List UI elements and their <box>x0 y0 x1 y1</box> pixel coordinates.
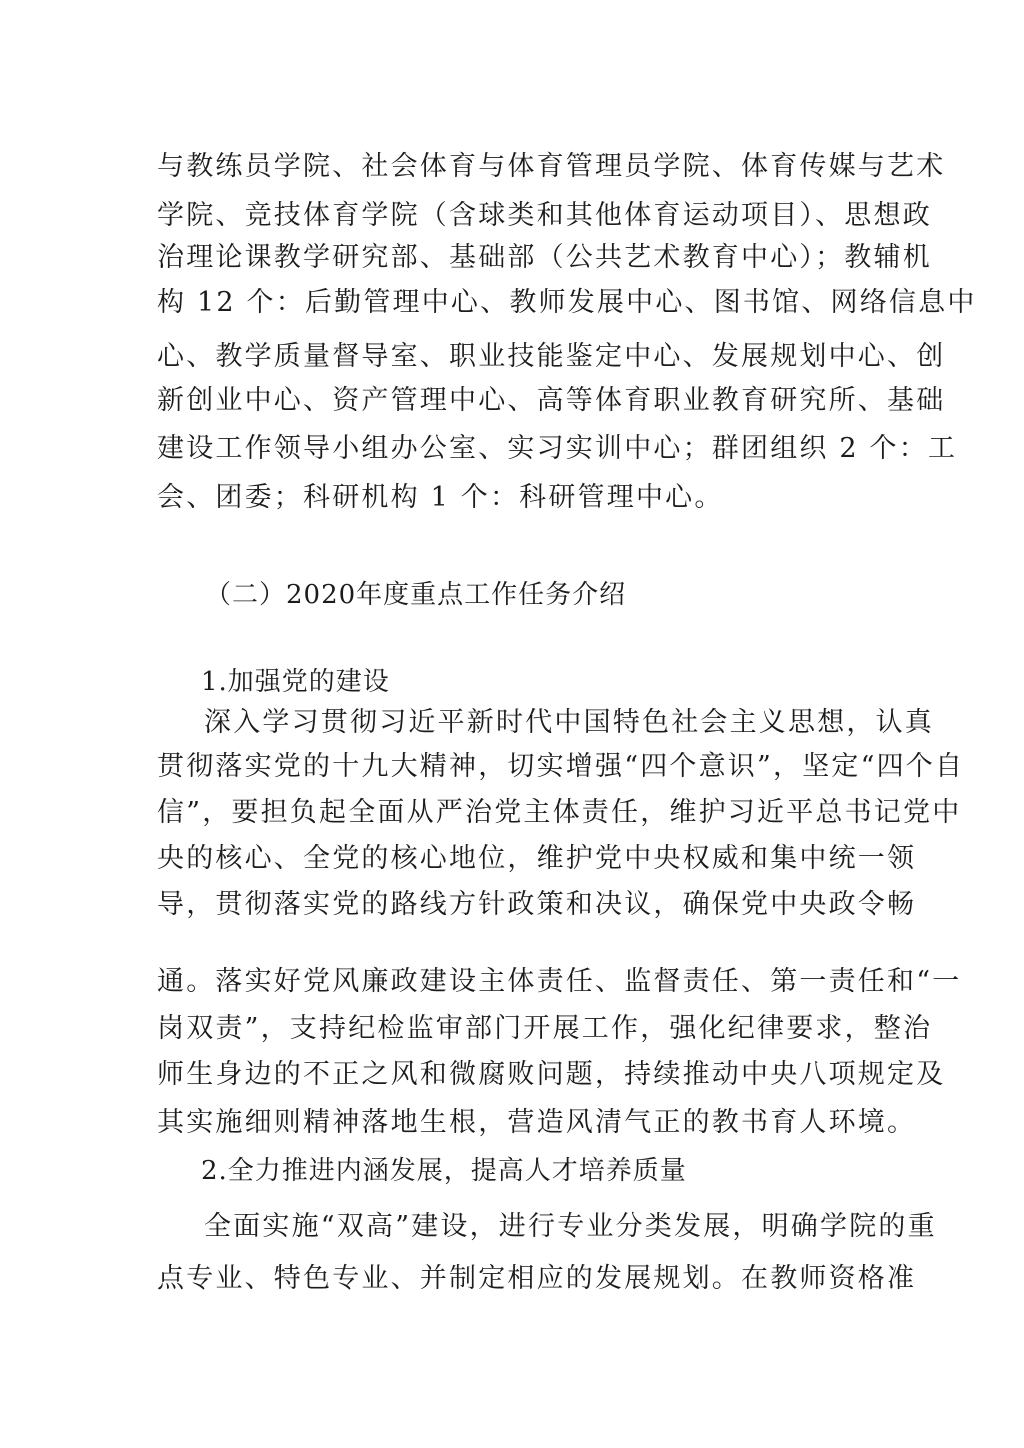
body-line: 学院、竞技体育学院（含球类和其他体育运动项目）、思想政 <box>157 199 877 233</box>
body-line: 导，贯彻落实党的路线方针政策和决议，确保党中央政令畅 <box>157 888 916 922</box>
body-line: 新创业中心、资产管理中心、高等体育职业教育研究所、基础 <box>157 384 877 418</box>
body-line: 央的核心、全党的核心地位，维护党中央权威和集中统一领 <box>157 842 916 876</box>
body-line: 会、团委；科研机构 1 个：科研管理中心。 <box>157 481 724 515</box>
body-line: 师生身边的不正之风和微腐败问题，持续推动中央八项规定及 <box>157 1058 877 1092</box>
body-line: 全面实施“双高”建设，进行专业分类发展，明确学院的重 <box>204 1210 877 1244</box>
body-line: 心、教学质量督导室、职业技能鉴定中心、发展规划中心、创 <box>157 340 877 374</box>
document-page: 与教练员学院、社会体育与体育管理员学院、体育传媒与艺术 学院、竞技体育学院（含球… <box>0 0 1024 1448</box>
body-line: 点专业、特色专业、并制定相应的发展规划。在教师资格准 <box>157 1262 916 1296</box>
section-heading: （二）2020年度重点工作任务介绍 <box>205 578 626 612</box>
body-line: 贯彻落实党的十九大精神，切实增强“四个意识”，坚定“四个自 <box>157 750 877 784</box>
body-line: 其实施细则精神落地生根，营造风清气正的教书育人环境。 <box>157 1106 916 1140</box>
body-line: 信”，要担负起全面从严治党主体责任，维护习近平总书记党中 <box>157 796 877 830</box>
body-line: 通。落实好党风廉政建设主体责任、监督责任、第一责任和“一 <box>157 965 877 999</box>
body-line: 治理论课教学研究部、基础部（公共艺术教育中心）；教辅机 <box>157 241 877 275</box>
subheading-2: 2.全力推进内涵发展，提高人才培养质量 <box>201 1154 687 1188</box>
subheading-1: 1.加强党的建设 <box>201 665 390 699</box>
body-line: 构 12 个：后勤管理中心、教师发展中心、图书馆、网络信息中 <box>157 286 877 320</box>
body-line: 与教练员学院、社会体育与体育管理员学院、体育传媒与艺术 <box>157 150 877 184</box>
body-line: 深入学习贯彻习近平新时代中国特色社会主义思想，认真 <box>204 706 877 740</box>
body-line: 岗双责”，支持纪检监审部门开展工作，强化纪律要求，整治 <box>157 1012 877 1046</box>
body-line: 建设工作领导小组办公室、实习实训中心；群团组织 2 个：工 <box>157 432 877 466</box>
